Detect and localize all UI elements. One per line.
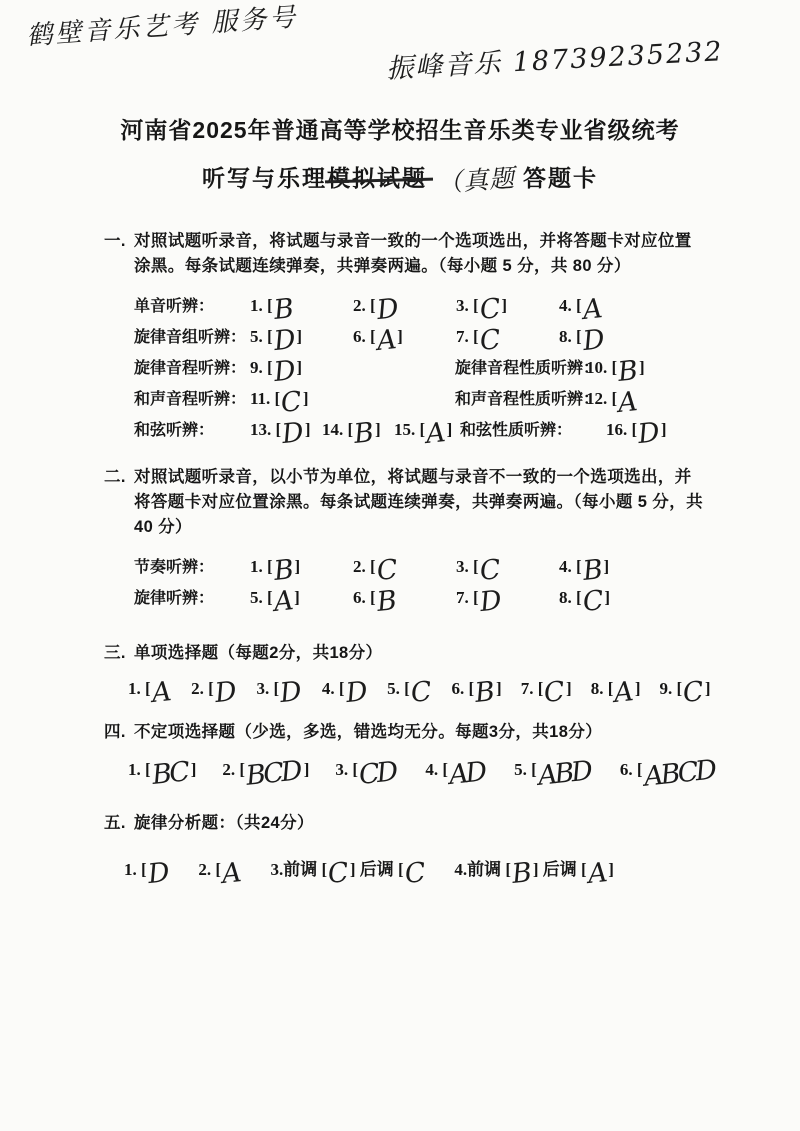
question-label: 2. [	[353, 296, 376, 315]
question-label: 7. [	[456, 327, 479, 346]
section4-answers: 1. [BC] 2. [BCD] 3. [CD 4. [AD 5. [ABD 6…	[128, 760, 800, 780]
handwritten-answer: B	[273, 564, 294, 578]
question-label: 6. [	[620, 760, 643, 779]
closing-bracket: ]	[501, 296, 507, 315]
section1-instructions: 对照试题听录音，将试题与录音一致的一个选项选出，并将答题卡对应位置涂黑。每条试题…	[134, 232, 692, 275]
answer-item: 3. [CD	[335, 760, 399, 780]
question-label: 2. [	[353, 557, 376, 576]
handwritten-answer: ABCD	[643, 764, 717, 784]
row-label: 单音听辨：	[134, 293, 250, 316]
answer-item: 2. [A	[198, 860, 242, 880]
question-label: 9. [	[660, 679, 683, 698]
answer-item: 3. [C	[456, 557, 559, 577]
question-label: 13. [	[250, 420, 281, 439]
question-label: 4. [	[559, 296, 582, 315]
closing-bracket: ]	[397, 327, 403, 346]
answer-item: 2. [D	[353, 296, 456, 316]
handwritten-answer: A	[273, 595, 294, 609]
row-label: 旋律听辨：	[134, 585, 250, 608]
closing-bracket: ]	[566, 679, 572, 698]
answer-item: 6. [ABCD	[620, 760, 718, 780]
closing-bracket: ]	[661, 420, 667, 439]
answer-item: 13. [D]	[250, 420, 322, 440]
answer-row-melodic-group: 旋律音组听辨： 5. [D] 6. [A] 7. [C 8. [D	[134, 324, 800, 355]
handwritten-note-top-left: 鹤壁音乐艺考 服务号	[25, 0, 299, 52]
answer-item: 7. [C]	[521, 679, 572, 699]
answer-row-rhythm: 节奏听辨： 1. [B] 2. [C 3. [C 4. [B]	[134, 554, 800, 585]
closing-bracket: ]	[496, 679, 502, 698]
answer-item: 15. [A]	[394, 420, 460, 440]
closing-bracket: ]	[604, 588, 610, 607]
closing-bracket: ]	[447, 420, 453, 439]
question-label: 12. [	[586, 389, 617, 408]
section2-instructions: 对照试题听录音，以小节为单位，将试题与录音不一致的一个选项选出，并将答题卡对应位…	[134, 468, 703, 536]
question-label: 6. [	[353, 588, 376, 607]
question-label: 5. [	[250, 327, 273, 346]
answer-item: 2. [BCD]	[222, 760, 309, 780]
mid-label: ] 后调 [	[533, 860, 587, 879]
handwritten-answer: C	[376, 564, 398, 578]
section3-heading: 三.单项选择题（每题2分，共18分）	[104, 641, 708, 666]
answer-item: 3. [C]	[456, 296, 559, 316]
answer-item: 1. [A	[128, 679, 172, 699]
row-label: 旋律音程听辨：	[134, 355, 250, 378]
handwritten-answer: A	[426, 427, 447, 441]
answer-item: 6. [B]	[452, 679, 502, 699]
row-label: 节奏听辨：	[134, 554, 250, 577]
answer-item: 8. [D	[559, 327, 662, 347]
closing-bracket: ]	[303, 389, 309, 408]
handwritten-answer: B	[582, 564, 603, 578]
subtitle-prefix: 听写与乐理	[202, 165, 327, 191]
row-label: 和弦听辨：	[134, 417, 250, 440]
handwritten-answer: A	[614, 686, 635, 700]
question-label: 4.前调 [	[454, 860, 511, 879]
handwritten-answer: B	[376, 595, 397, 609]
handwritten-correction: （真题	[436, 158, 516, 199]
scanned-answer-sheet: 鹤壁音乐艺考 服务号 振峰音乐 18739235232 河南省2025年普通高等…	[0, 0, 800, 1131]
question-label: 1. [	[128, 760, 151, 779]
answer-row-chord: 和弦听辨： 13. [D] 14. [B] 15. [A] 和弦性质听辨： 16…	[134, 417, 800, 448]
answer-item: 16. [D]	[606, 420, 667, 440]
closing-bracket: ]	[304, 760, 310, 779]
handwritten-answer: A	[587, 867, 608, 881]
answer-item: 1. [D	[124, 860, 170, 880]
handwritten-answer: C	[683, 686, 705, 700]
section2-answer-rows: 节奏听辨： 1. [B] 2. [C 3. [C 4. [B] 旋律听辨： 5.…	[134, 554, 800, 616]
question-label: 2. [	[198, 860, 221, 879]
answer-item: 9. [C]	[660, 679, 711, 699]
row-label: 和声音程听辨：	[134, 386, 250, 409]
handwritten-answer: C	[410, 686, 432, 700]
section1-heading: 一.对照试题听录音，将试题与录音一致的一个选项选出，并将答题卡对应位置涂黑。每条…	[104, 229, 708, 279]
closing-bracket: ]	[635, 679, 641, 698]
answer-item: 7. [C	[456, 327, 559, 347]
answer-item: 1. [B	[250, 296, 353, 316]
answer-item: 11. [C]	[250, 389, 455, 409]
handwritten-answer: C	[479, 303, 501, 317]
question-label: 2. [	[191, 679, 214, 698]
closing-bracket: ]	[191, 760, 197, 779]
section1-answer-rows: 单音听辨： 1. [B 2. [D 3. [C] 4. [A 旋律音组听辨： 5…	[134, 293, 800, 448]
handwritten-answer: B	[475, 686, 496, 700]
answer-item: 14. [B]	[322, 420, 394, 440]
handwritten-answer: C	[404, 867, 426, 881]
answer-item: 2. [C	[353, 557, 456, 577]
question-label: 8. [	[591, 679, 614, 698]
answer-item: 1. [B]	[250, 557, 353, 577]
handwritten-answer: CD	[359, 766, 399, 782]
question-label: 16. [	[606, 420, 637, 439]
answer-row-single-note: 单音听辨： 1. [B 2. [D 3. [C] 4. [A	[134, 293, 800, 324]
handwritten-answer: D	[214, 686, 237, 700]
answer-item: 2. [D	[191, 679, 237, 699]
section4-number: 四.	[104, 720, 126, 745]
question-label: 14. [	[322, 420, 353, 439]
answer-item-modulation: 4.前调 [B] 后调 [A]	[454, 855, 614, 880]
closing-bracket: ]	[639, 358, 645, 377]
handwritten-answer: D	[147, 867, 170, 881]
handwritten-answer: ABD	[537, 765, 593, 783]
answer-item: 9. [D]	[250, 358, 455, 378]
question-label: 3. [	[456, 557, 479, 576]
section2-heading: 二.对照试题听录音，以小节为单位，将试题与录音不一致的一个选项选出，并将答题卡对…	[104, 465, 708, 540]
answer-item: 8. [A]	[591, 679, 641, 699]
section1-number: 一.	[104, 229, 126, 254]
handwritten-answer: C	[479, 564, 501, 578]
question-label: 5. [	[387, 679, 410, 698]
closing-bracket: ]	[608, 860, 614, 879]
question-label: 10. [	[586, 358, 617, 377]
question-label: 9. [	[250, 358, 273, 377]
handwritten-answer: BC	[151, 766, 190, 782]
handwritten-answer: D	[638, 427, 661, 441]
handwritten-answer: A	[376, 334, 397, 348]
question-label: 6. [	[353, 327, 376, 346]
answer-item: 12. [A	[586, 389, 639, 409]
row-label: 和弦性质听辨：	[460, 417, 606, 440]
closing-bracket: ]	[296, 327, 302, 346]
handwritten-answer: D	[582, 334, 605, 348]
closing-bracket: ]	[604, 557, 610, 576]
section5-answers: 1. [D 2. [A 3.前调 [C] 后调 [C 4.前调 [B] 后调 […	[124, 855, 800, 880]
answer-item: 4. [AD	[425, 760, 488, 780]
answer-item: 5. [A]	[250, 588, 353, 608]
answer-row-harmonic-interval: 和声音程听辨： 11. [C] 和声音程性质听辨： 12. [A	[134, 386, 800, 417]
subtitle-struck-text: 模拟试题	[327, 165, 427, 191]
row-label: 旋律音程性质听辨：	[455, 355, 586, 378]
answer-item: 5. [ABD	[514, 760, 594, 780]
closing-bracket: ]	[294, 588, 300, 607]
answer-item: 4. [B]	[559, 557, 662, 577]
handwritten-answer: D	[376, 303, 399, 317]
handwritten-answer: D	[273, 365, 296, 379]
row-label: 旋律音组听辨：	[134, 324, 250, 347]
handwritten-answer: B	[618, 365, 639, 379]
closing-bracket: ]	[705, 679, 711, 698]
question-label: 5. [	[250, 588, 273, 607]
answer-row-melody: 旋律听辨： 5. [A] 6. [B 7. [D 8. [C]	[134, 585, 800, 616]
question-label: 5. [	[514, 760, 537, 779]
question-label: 7. [	[456, 588, 479, 607]
answer-item: 7. [D	[456, 588, 559, 608]
closing-bracket: ]	[296, 358, 302, 377]
answer-item: 6. [A]	[353, 327, 456, 347]
question-label: 4. [	[425, 760, 448, 779]
section2-number: 二.	[104, 465, 126, 490]
section5-number: 五.	[104, 811, 126, 836]
handwritten-answer: A	[618, 396, 639, 410]
answer-item: 4. [A	[559, 296, 662, 316]
closing-bracket: ]	[375, 420, 381, 439]
section3-number: 三.	[104, 641, 126, 666]
handwritten-answer: A	[151, 686, 172, 700]
question-label: 1. [	[250, 296, 273, 315]
handwritten-answer: C	[479, 334, 501, 348]
handwritten-answer: D	[273, 334, 296, 348]
section3-instructions: 单项选择题（每题2分，共18分）	[134, 644, 382, 662]
question-label: 3. [	[257, 679, 280, 698]
question-label: 1. [	[128, 679, 151, 698]
answer-item: 5. [D]	[250, 327, 353, 347]
question-label: 3.前调 [	[271, 860, 328, 879]
exam-title: 河南省2025年普通高等学校招生音乐类专业省级统考	[0, 112, 800, 145]
handwritten-answer: D	[282, 427, 305, 441]
handwritten-answer: C	[544, 686, 566, 700]
question-label: 11. [	[250, 389, 280, 408]
handwritten-answer: C	[281, 396, 303, 410]
section5-instructions: 旋律分析题：（共24分）	[134, 814, 314, 832]
row-label: 和声音程性质听辨：	[455, 386, 586, 409]
answer-item: 1. [BC]	[128, 760, 196, 780]
answer-item-modulation: 3.前调 [C] 后调 [C	[271, 855, 427, 880]
handwritten-contact-note: 振峰音乐 18739235232	[385, 29, 724, 86]
question-label: 15. [	[394, 420, 425, 439]
handwritten-answer: C	[328, 867, 350, 881]
answer-item: 10. [B]	[586, 358, 645, 378]
question-label: 7. [	[521, 679, 544, 698]
handwritten-answer: A	[221, 867, 242, 881]
section4-heading: 四.不定项选择题（少选，多选，错选均无分。每题3分，共18分）	[104, 720, 708, 745]
closing-bracket: ]	[305, 420, 311, 439]
question-label: 4. [	[559, 557, 582, 576]
question-label: 3. [	[456, 296, 479, 315]
handwritten-answer: B	[511, 867, 532, 881]
question-label: 4. [	[322, 679, 345, 698]
answer-item: 5. [C	[387, 679, 432, 699]
mid-label: ] 后调 [	[350, 860, 404, 879]
handwritten-answer: BCD	[246, 765, 304, 783]
answer-item: 3. [D	[257, 679, 303, 699]
question-label: 2. [	[222, 760, 245, 779]
question-label: 6. [	[452, 679, 475, 698]
handwritten-answer: D	[479, 595, 502, 609]
section5-heading: 五.旋律分析题：（共24分）	[104, 811, 708, 836]
handwritten-answer: D	[280, 686, 303, 700]
section4-instructions: 不定项选择题（少选，多选，错选均无分。每题3分，共18分）	[134, 723, 602, 741]
answer-item: 6. [B	[353, 588, 456, 608]
question-label: 8. [	[559, 588, 582, 607]
answer-item: 4. [D	[322, 679, 368, 699]
sheet-subtitle: 听写与乐理模拟试题（真题答题卡	[0, 160, 800, 197]
question-label: 1. [	[124, 860, 147, 879]
section3-answers: 1. [A 2. [D 3. [D 4. [D 5. [C 6. [B] 7. …	[128, 679, 800, 699]
handwritten-answer: A	[582, 303, 603, 317]
handwritten-answer: B	[273, 303, 294, 317]
subtitle-suffix: 答题卡	[523, 165, 598, 191]
question-label: 8. [	[559, 327, 582, 346]
handwritten-answer: D	[345, 686, 368, 700]
answer-row-melodic-interval: 旋律音程听辨： 9. [D] 旋律音程性质听辨： 10. [B]	[134, 355, 800, 386]
closing-bracket: ]	[295, 557, 301, 576]
question-label: 1. [	[250, 557, 273, 576]
answer-item: 8. [C]	[559, 588, 662, 608]
handwritten-answer: AD	[448, 766, 487, 782]
handwritten-answer: C	[582, 595, 604, 609]
handwritten-answer: B	[354, 427, 375, 441]
question-label: 3. [	[335, 760, 358, 779]
